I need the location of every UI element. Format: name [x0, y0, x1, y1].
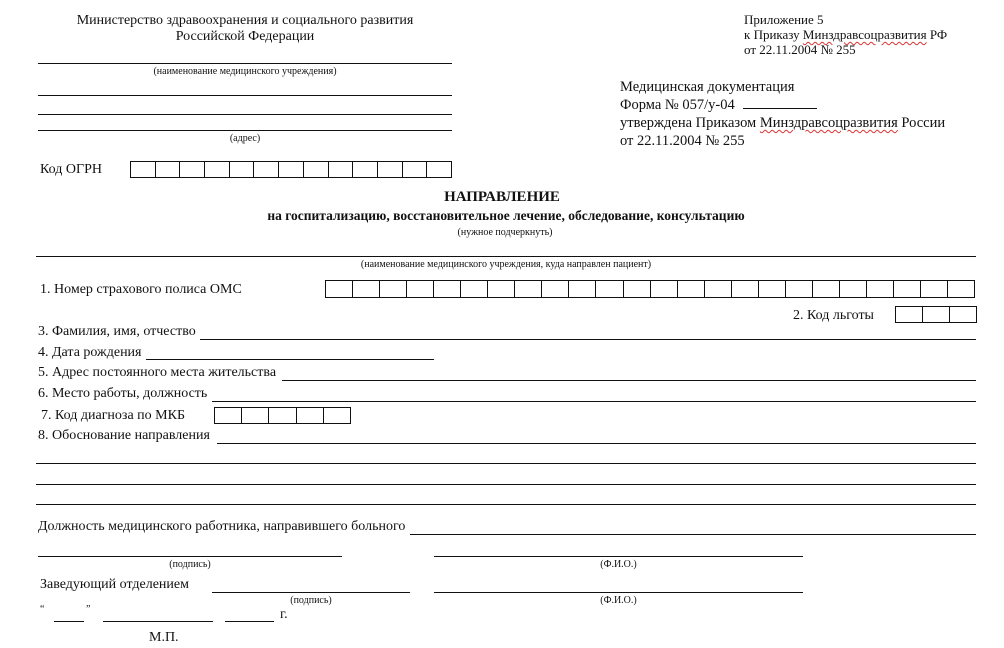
doctor-fio-caption: (Ф.И.О.): [434, 559, 803, 571]
ogrn-label: Код ОГРН: [40, 162, 102, 178]
character-cell[interactable]: [297, 407, 324, 424]
character-cell[interactable]: [329, 161, 354, 178]
doc-line-4: от 22.11.2004 № 255: [620, 132, 945, 150]
character-cell[interactable]: [279, 161, 304, 178]
character-cell[interactable]: [378, 161, 403, 178]
doctor-position-label: Должность медицинского работника, направ…: [38, 519, 405, 535]
character-cell[interactable]: [269, 407, 296, 424]
year-suffix: г.: [280, 607, 288, 623]
address-label: 5. Адрес постоянного места жительства: [38, 365, 276, 381]
head-fio-field[interactable]: [434, 592, 803, 593]
date-year-field[interactable]: [225, 621, 274, 622]
character-cell[interactable]: [131, 161, 156, 178]
character-cell[interactable]: [840, 280, 867, 298]
full-name-label: 3. Фамилия, имя, отчество: [38, 324, 196, 340]
character-cell[interactable]: [923, 306, 950, 323]
ministry-abbrev: Минздравсоцразвития: [760, 115, 898, 131]
address-field-3[interactable]: [38, 130, 452, 131]
character-cell[interactable]: [403, 161, 428, 178]
policy-label: 1. Номер страхового полиса ОМС: [40, 282, 242, 298]
benefit-code-label: 2. Код льготы: [793, 308, 874, 324]
character-cell[interactable]: [678, 280, 705, 298]
character-cell[interactable]: [813, 280, 840, 298]
character-cell[interactable]: [156, 161, 181, 178]
benefit-code-input[interactable]: [895, 306, 977, 323]
document-subtitle: на госпитализацию, восстановительное леч…: [0, 208, 1004, 224]
underline-note: (нужное подчеркнуть): [0, 227, 1004, 239]
address-field-2[interactable]: [38, 114, 452, 115]
head-signature-caption: (подпись): [212, 595, 410, 607]
character-cell[interactable]: [488, 280, 515, 298]
character-cell[interactable]: [867, 280, 894, 298]
referral-reason-line-4[interactable]: [36, 504, 976, 505]
head-fio-caption: (Ф.И.О.): [434, 595, 803, 607]
character-cell[interactable]: [569, 280, 596, 298]
ogrn-input[interactable]: [130, 161, 452, 178]
character-cell[interactable]: [732, 280, 759, 298]
character-cell[interactable]: [921, 280, 948, 298]
destination-caption: (наименование медицинского учреждения, к…: [36, 259, 976, 271]
character-cell[interactable]: [353, 280, 380, 298]
document-title: НАПРАВЛЕНИЕ: [0, 189, 1004, 206]
doctor-signature-caption: (подпись): [38, 559, 342, 571]
character-cell[interactable]: [896, 306, 923, 323]
appendix-line-1: Приложение 5: [744, 12, 947, 27]
character-cell[interactable]: [427, 161, 452, 178]
stamp-label: М.П.: [149, 630, 179, 646]
doctor-fio-field[interactable]: [434, 556, 803, 557]
address-field-1[interactable]: [38, 95, 452, 96]
character-cell[interactable]: [326, 280, 353, 298]
character-cell[interactable]: [230, 161, 255, 178]
doctor-signature-field[interactable]: [38, 556, 342, 557]
character-cell[interactable]: [215, 407, 242, 424]
institution-name-field[interactable]: [38, 63, 452, 64]
referral-reason-label: 8. Обоснование направления: [38, 428, 210, 444]
doc-line-2: Форма № 057/у-04: [620, 96, 945, 114]
character-cell[interactable]: [254, 161, 279, 178]
doc-line-3: утверждена Приказом Минздравсоцразвития …: [620, 114, 945, 132]
workplace-label: 6. Место работы, должность: [38, 386, 207, 402]
destination-institution-field[interactable]: [36, 256, 976, 257]
character-cell[interactable]: [624, 280, 651, 298]
appendix-block: Приложение 5 к Приказу Минздравсоцразвит…: [744, 12, 947, 57]
referral-reason-field[interactable]: [217, 443, 976, 444]
character-cell[interactable]: [948, 280, 975, 298]
address-caption: (адрес): [38, 133, 452, 145]
character-cell[interactable]: [705, 280, 732, 298]
character-cell[interactable]: [759, 280, 786, 298]
full-name-field[interactable]: [200, 339, 976, 340]
character-cell[interactable]: [304, 161, 329, 178]
head-signature-field[interactable]: [212, 592, 410, 593]
quote-close: ”: [86, 604, 90, 616]
referral-reason-line-3[interactable]: [36, 484, 976, 485]
character-cell[interactable]: [380, 280, 407, 298]
form-code-field[interactable]: [743, 96, 817, 109]
character-cell[interactable]: [205, 161, 230, 178]
quote-open: “: [40, 604, 44, 616]
residence-address-field[interactable]: [282, 380, 976, 381]
doctor-position-field[interactable]: [410, 534, 976, 535]
character-cell[interactable]: [324, 407, 351, 424]
doc-line-1: Медицинская документация: [620, 78, 945, 96]
appendix-line-3: от 22.11.2004 № 255: [744, 42, 947, 57]
character-cell[interactable]: [353, 161, 378, 178]
diagnosis-code-input[interactable]: [214, 407, 351, 424]
character-cell[interactable]: [434, 280, 461, 298]
form-info-block: Медицинская документация Форма № 057/у-0…: [620, 78, 945, 150]
character-cell[interactable]: [542, 280, 569, 298]
character-cell[interactable]: [242, 407, 269, 424]
character-cell[interactable]: [461, 280, 488, 298]
character-cell[interactable]: [950, 306, 977, 323]
character-cell[interactable]: [180, 161, 205, 178]
institution-caption: (наименование медицинского учреждения): [38, 66, 452, 78]
diagnosis-code-label: 7. Код диагноза по МКБ: [41, 408, 185, 424]
ministry-title: Министерство здравоохранения и социально…: [40, 13, 450, 45]
character-cell[interactable]: [407, 280, 434, 298]
appendix-line-2: к Приказу Минздравсоцразвития РФ: [744, 27, 947, 42]
workplace-field[interactable]: [212, 401, 976, 402]
birth-date-label: 4. Дата рождения: [38, 345, 142, 361]
date-month-field[interactable]: [103, 621, 213, 622]
character-cell[interactable]: [786, 280, 813, 298]
head-of-department-label: Заведующий отделением: [40, 577, 189, 593]
character-cell[interactable]: [651, 280, 678, 298]
ministry-abbrev: Минздравсоцразвития: [803, 27, 927, 42]
referral-reason-line-2[interactable]: [36, 463, 976, 464]
date-day-field[interactable]: [54, 621, 84, 622]
ministry-line-1: Министерство здравоохранения и социально…: [40, 13, 450, 29]
policy-number-input[interactable]: [325, 280, 975, 298]
character-cell[interactable]: [515, 280, 542, 298]
character-cell[interactable]: [596, 280, 623, 298]
character-cell[interactable]: [894, 280, 921, 298]
birth-date-field[interactable]: [146, 359, 434, 360]
ministry-line-2: Российской Федерации: [40, 29, 450, 45]
